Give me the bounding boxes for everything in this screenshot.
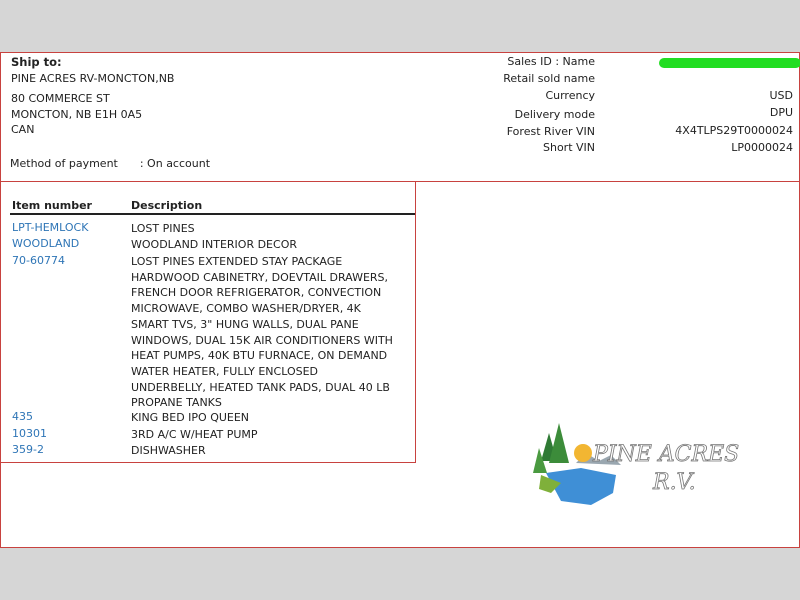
header-section: Ship to: PINE ACRES RV-MONCTON,NB 80 COM… [1, 53, 799, 182]
sales-id-label: Sales ID : Name [507, 55, 595, 68]
item-number-link[interactable]: 10301 [12, 427, 47, 440]
order-document: Ship to: PINE ACRES RV-MONCTON,NB 80 COM… [0, 52, 800, 548]
delivery-mode-value: DPU [770, 106, 793, 119]
header-divider [10, 213, 415, 215]
vin-value: 4X4TLPS29T0000024 [675, 124, 793, 137]
svg-text:PINE ACRES: PINE ACRES [592, 442, 739, 467]
item-number-link[interactable]: LPT-HEMLOCK [12, 221, 88, 234]
payment-method: Method of payment: On account [10, 157, 210, 170]
item-description: KING BED IPO QUEEN [131, 410, 401, 426]
vin-label: Forest River VIN [507, 125, 595, 138]
redacted-sales-name [659, 58, 800, 68]
item-description: LOST PINES EXTENDED STAY PACKAGE HARDWOO… [131, 254, 393, 411]
item-number-link[interactable]: 359-2 [12, 443, 44, 456]
items-table: Item number Description LPT-HEMLOCK LOST… [1, 181, 416, 463]
ship-to-street: 80 COMMERCE ST [11, 92, 110, 105]
item-description: WOODLAND INTERIOR DECOR [131, 237, 401, 253]
svg-text:R.V.: R.V. [652, 470, 696, 495]
payment-label: Method of payment [10, 157, 118, 170]
ship-to-city: MONCTON, NB E1H 0A5 [11, 108, 142, 121]
item-number-link[interactable]: 435 [12, 410, 33, 423]
short-vin-value: LP0000024 [731, 141, 793, 154]
currency-label: Currency [545, 89, 595, 102]
header-description: Description [131, 199, 202, 212]
header-item-number: Item number [12, 199, 92, 212]
ship-to-country: CAN [11, 123, 34, 136]
item-description: DISHWASHER [131, 443, 401, 459]
ship-to-title: Ship to: [11, 55, 62, 69]
short-vin-label: Short VIN [543, 141, 595, 154]
item-description: 3RD A/C W/HEAT PUMP [131, 427, 401, 443]
currency-value: USD [769, 89, 793, 102]
item-description: LOST PINES [131, 221, 401, 237]
retail-sold-label: Retail sold name [503, 72, 595, 85]
ship-to-name: PINE ACRES RV-MONCTON,NB [11, 72, 174, 85]
item-number-link[interactable]: 70-60774 [12, 254, 65, 267]
delivery-mode-label: Delivery mode [515, 108, 595, 121]
payment-value: : On account [140, 157, 210, 170]
item-number-link[interactable]: WOODLAND [12, 237, 79, 250]
pine-acres-logo: PINE ACRES R.V. [521, 413, 761, 523]
